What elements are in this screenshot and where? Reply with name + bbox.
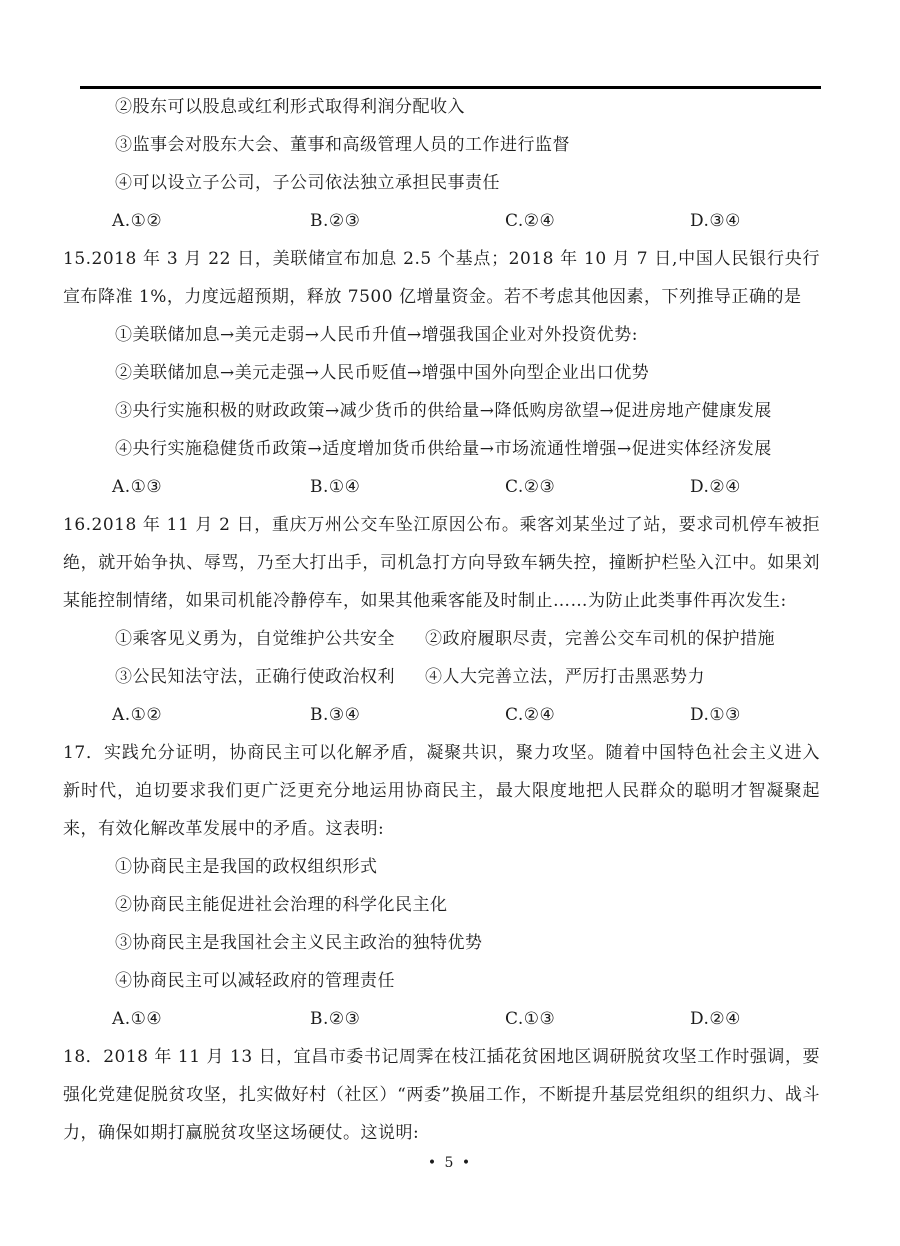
question-17-answer-row: A.①④ B.②③ C.①③ D.②④: [63, 1000, 820, 1038]
question-15: 15.2018 年 3 月 22 日，美联储宣布加息 2.5 个基点；2018 …: [63, 240, 820, 506]
answer-choice-c: C.②③: [505, 468, 690, 506]
question-16-option-3: ③公民知法守法，正确行使政治权利: [115, 658, 425, 696]
answer-choice-d: D.②④: [690, 468, 820, 506]
page-number: • 5 •: [428, 1155, 472, 1171]
answer-choice-b: B.③④: [310, 696, 505, 734]
answer-choice-c: C.②④: [505, 202, 690, 240]
answer-choice-a: A.①②: [112, 202, 310, 240]
question-14-option-4: ④可以设立子公司，子公司依法独立承担民事责任: [63, 164, 820, 202]
question-14-tail: ②股东可以股息或红利形式取得利润分配收入 ③监事会对股东大会、董事和高级管理人员…: [63, 88, 820, 240]
question-14-option-2: ②股东可以股息或红利形式取得利润分配收入: [63, 88, 820, 126]
question-16-option-4: ④人大完善立法，严厉打击黑恶势力: [425, 658, 820, 696]
question-14-option-3: ③监事会对股东大会、董事和高级管理人员的工作进行监督: [63, 126, 820, 164]
answer-choice-c: C.①③: [505, 1000, 690, 1038]
question-16-option-2: ②政府履职尽责，完善公交车司机的保护措施: [425, 620, 820, 658]
exam-page: ②股东可以股息或红利形式取得利润分配收入 ③监事会对股东大会、董事和高级管理人员…: [0, 0, 900, 1246]
question-15-option-3: ③央行实施积极的财政政策→减少货币的供给量→降低购房欲望→促进房地产健康发展: [63, 392, 820, 430]
answer-choice-b: B.②③: [310, 1000, 505, 1038]
page-footer: • 5 •: [0, 1148, 900, 1178]
question-15-answer-row: A.①③ B.①④ C.②③ D.②④: [63, 468, 820, 506]
question-16-option-row-2: ③公民知法守法，正确行使政治权利 ④人大完善立法，严厉打击黑恶势力: [63, 658, 820, 696]
answer-choice-a: A.①③: [112, 468, 310, 506]
answer-choice-d: D.②④: [690, 1000, 820, 1038]
answer-choice-d: D.①③: [690, 696, 820, 734]
question-18-stem: 18．2018 年 11 月 13 日，宜昌市委书记周霁在枝江插花贫困地区调研脱…: [63, 1038, 820, 1152]
question-14-answer-row: A.①② B.②③ C.②④ D.③④: [63, 202, 820, 240]
answer-choice-a: A.①④: [112, 1000, 310, 1038]
question-16-option-1: ①乘客见义勇为，自觉维护公共安全: [115, 620, 425, 658]
question-15-option-2: ②美联储加息→美元走强→人民币贬值→增强中国外向型企业出口优势: [63, 354, 820, 392]
answer-choice-a: A.①②: [112, 696, 310, 734]
question-17-stem: 17．实践允分证明，协商民主可以化解矛盾，凝聚共识，聚力攻坚。随着中国特色社会主…: [63, 734, 820, 848]
question-18: 18．2018 年 11 月 13 日，宜昌市委书记周霁在枝江插花贫困地区调研脱…: [63, 1038, 820, 1152]
question-16-option-row-1: ①乘客见义勇为，自觉维护公共安全 ②政府履职尽责，完善公交车司机的保护措施: [63, 620, 820, 658]
question-16-stem: 16.2018 年 11 月 2 日，重庆万州公交车坠江原因公布。乘客刘某坐过了…: [63, 506, 820, 620]
question-15-option-1: ①美联储加息→美元走弱→人民币升值→增强我国企业对外投资优势:: [63, 316, 820, 354]
question-17-option-4: ④协商民主可以减轻政府的管理责任: [63, 962, 820, 1000]
question-17: 17．实践允分证明，协商民主可以化解矛盾，凝聚共识，聚力攻坚。随着中国特色社会主…: [63, 734, 820, 1038]
question-15-option-4: ④央行实施稳健货币政策→适度增加货币供给量→市场流通性增强→促进实体经济发展: [63, 430, 820, 468]
answer-choice-b: B.①④: [310, 468, 505, 506]
question-15-stem: 15.2018 年 3 月 22 日，美联储宣布加息 2.5 个基点；2018 …: [63, 240, 820, 316]
question-16-answer-row: A.①② B.③④ C.②④ D.①③: [63, 696, 820, 734]
answer-choice-b: B.②③: [310, 202, 505, 240]
question-17-option-1: ①协商民主是我国的政权组织形式: [63, 848, 820, 886]
question-16: 16.2018 年 11 月 2 日，重庆万州公交车坠江原因公布。乘客刘某坐过了…: [63, 506, 820, 734]
answer-choice-d: D.③④: [690, 202, 820, 240]
answer-choice-c: C.②④: [505, 696, 690, 734]
question-17-option-2: ②协商民主能促进社会治理的科学化民主化: [63, 886, 820, 924]
question-17-option-3: ③协商民主是我国社会主义民主政治的独特优势: [63, 924, 820, 962]
exam-content: ②股东可以股息或红利形式取得利润分配收入 ③监事会对股东大会、董事和高级管理人员…: [63, 88, 820, 1152]
